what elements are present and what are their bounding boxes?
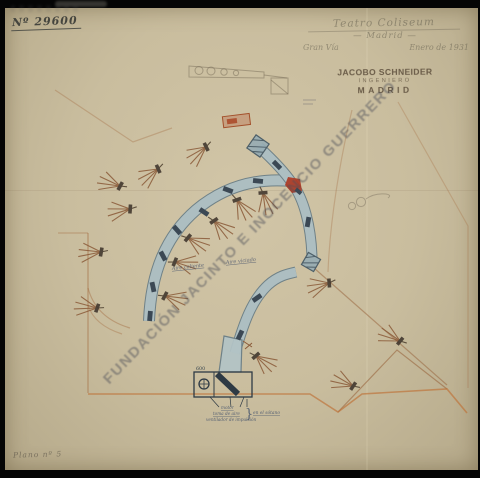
title-line-3-right: Enero de 1931 — [409, 43, 469, 52]
air-ducts — [149, 147, 312, 353]
duct-side-marks — [243, 341, 252, 349]
engineer-stamp-city: MADRID — [330, 85, 440, 96]
detail-note-right: en el sótano — [253, 411, 280, 416]
detail-note-1: motor — [221, 405, 235, 410]
engineer-stamp: JACOBO SCHNEIDER INGENIERO MADRID — [330, 67, 440, 96]
fan-room-detail — [194, 372, 252, 407]
engineer-stamp-title: INGENIERO — [330, 78, 440, 85]
label-stale-air: Aire viciado — [225, 257, 257, 266]
red-sketch-box — [222, 113, 250, 127]
scanned-drawing-page: 600 motor toma de aire ventilador de imp… — [0, 0, 480, 478]
pencil-sketch-scale-bar — [189, 66, 288, 94]
main-wall-line — [88, 389, 467, 413]
archive-number: Nº 29600 — [11, 14, 81, 31]
pencil-sketch-doodle — [303, 100, 390, 210]
detail-note-2: toma de aire — [213, 411, 240, 416]
title-line-3-left: Gran Vía — [303, 43, 339, 52]
title-line-2: — Madrid — — [342, 31, 428, 41]
junction-marker — [285, 177, 302, 195]
sheet-number-note: Plano nº 5 — [13, 449, 62, 459]
duct-end-cap-bottom — [301, 252, 320, 271]
title-line-3: Gran Vía Enero de 1931 — [303, 43, 469, 52]
title-line-1: Teatro Coliseum — [308, 16, 460, 33]
engineer-stamp-name: JACOBO SCHNEIDER — [330, 67, 440, 78]
detail-notes: motor toma de aire ventilador de impulsi… — [206, 405, 280, 422]
detail-dimension: 600 — [196, 366, 205, 372]
vertical-supply-duct — [219, 336, 242, 372]
